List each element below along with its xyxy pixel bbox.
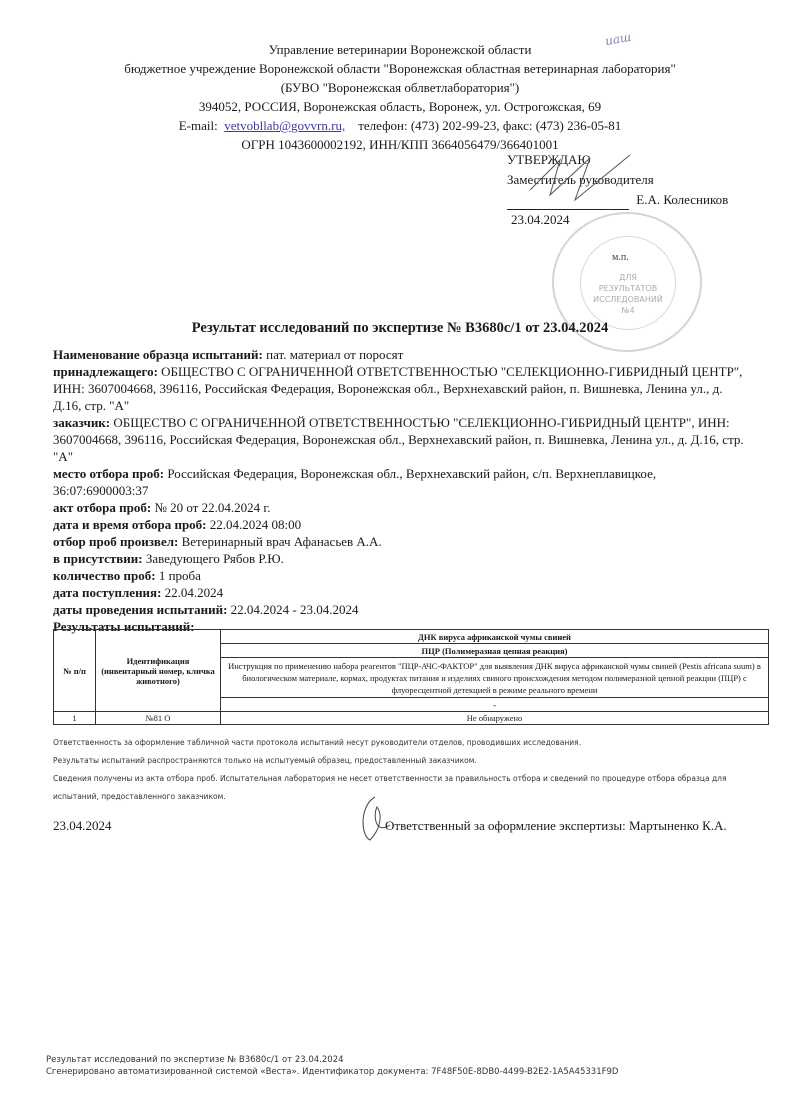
note-item: Ответственность за оформление табличной … [53, 734, 768, 752]
header-method: ПЦР (Полимеразная цепная реакция) [221, 644, 769, 658]
field-label: количество проб: [53, 568, 156, 583]
field-label: в присутствии: [53, 551, 143, 566]
field-label: принадлежащего: [53, 364, 158, 379]
stamp-center-text: ДЛЯ РЕЗУЛЬТАТОВ ИССЛЕДОВАНИЙ №4 [586, 272, 670, 316]
header-indicator: ДНК вируса африканской чумы свиней [221, 630, 769, 644]
approval-signature-row: Е.А. Колесников [507, 190, 728, 210]
stamp-mp: м.п. [612, 252, 629, 263]
letterhead-authority: Управление ветеринарии Воронежской облас… [0, 40, 800, 59]
letterhead-contacts: E-mail: vetvobllab@govvrn.ru, телефон: (… [0, 116, 800, 135]
field-value: 22.04.2024 08:00 [207, 517, 302, 532]
letterhead-address: 394052, РОССИЯ, Воронежская область, Вор… [0, 97, 800, 116]
header-normative: Инструкция по применению набора реагенто… [221, 658, 769, 698]
stamp-text-line: ДЛЯ [586, 272, 670, 283]
field-value: 1 проба [156, 568, 201, 583]
field-label: Наименование образца испытаний: [53, 347, 263, 362]
field-customer: заказчик: ОБЩЕСТВО С ОГРАНИЧЕННОЙ ОТВЕТС… [53, 414, 753, 465]
footer-date: 23.04.2024 [53, 818, 112, 834]
field-owner: принадлежащего: ОБЩЕСТВО С ОГРАНИЧЕННОЙ … [53, 363, 753, 414]
field-sampled-by: отбор проб произвел: Ветеринарный врач А… [53, 533, 753, 550]
footer-generated-by: Сгенерировано автоматизированной системо… [46, 1066, 618, 1078]
responsible-person: Ответственный за оформление экспертизы: … [385, 818, 727, 834]
field-label: даты проведения испытаний: [53, 602, 227, 617]
field-sample-count: количество проб: 1 проба [53, 567, 753, 584]
field-label: отбор проб произвел: [53, 534, 178, 549]
phones: телефон: (473) 202-99-23, факс: (473) 23… [358, 118, 621, 133]
note-item: Сведения получены из акта отбора проб. И… [53, 770, 768, 806]
field-value: 22.04.2024 - 23.04.2024 [227, 602, 358, 617]
letterhead: Управление ветеринарии Воронежской облас… [0, 40, 800, 154]
field-label: место отбора проб: [53, 466, 164, 481]
field-receipt-date: дата поступления: 22.04.2024 [53, 584, 753, 601]
cell-result: Не обнаружено [221, 712, 769, 725]
field-value: Заведующего Рябов Р.Ю. [143, 551, 284, 566]
sample-details: Наименование образца испытаний: пат. мат… [53, 346, 753, 635]
cell-identification: №81 О [96, 712, 221, 725]
letterhead-short-name: (БУВО "Воронежская облветлаборатория") [0, 78, 800, 97]
approval-heading: УТВЕРЖДАЮ [507, 150, 728, 170]
header-num: № п/п [54, 630, 96, 712]
note-item: Результаты испытаний распространяются то… [53, 752, 768, 770]
header-units: - [221, 698, 769, 712]
footer-document-ref: Результат исследований по экспертизе № В… [46, 1054, 618, 1066]
email-link[interactable]: vetvobllab@govvrn.ru, [224, 118, 345, 133]
stamp-text-line: №4 [586, 305, 670, 316]
field-label: заказчик: [53, 415, 110, 430]
field-sampling-act: акт отбора проб: № 20 от 22.04.2024 г. [53, 499, 753, 516]
document-page: иаш Управление ветеринарии Воронежской о… [0, 0, 800, 1119]
cell-num: 1 [54, 712, 96, 725]
field-value: Ветеринарный врач Афанасьев А.А. [178, 534, 381, 549]
signature-line [507, 195, 629, 210]
field-sampling-datetime: дата и время отбора проб: 22.04.2024 08:… [53, 516, 753, 533]
stamp-text-line: ИССЛЕДОВАНИЙ [586, 294, 670, 305]
approver-name: Е.А. Колесников [636, 192, 728, 207]
letterhead-institution: бюджетное учреждение Воронежской области… [0, 59, 800, 78]
field-test-dates: даты проведения испытаний: 22.04.2024 - … [53, 601, 753, 618]
field-sampling-place: место отбора проб: Российская Федерация,… [53, 465, 753, 499]
field-value: пат. материал от поросят [263, 347, 403, 362]
approval-position: Заместитель руководителя [507, 170, 728, 190]
header-identification: Идентификация (инвентарный номер, кличка… [96, 630, 221, 712]
field-label: акт отбора проб: [53, 500, 151, 515]
field-value: ОБЩЕСТВО С ОГРАНИЧЕННОЙ ОТВЕТСТВЕННОСТЬЮ… [53, 415, 744, 464]
table-header-row: № п/п Идентификация (инвентарный номер, … [54, 630, 769, 644]
page-footer: Результат исследований по экспертизе № В… [46, 1054, 618, 1078]
table-row: 1 №81 О Не обнаружено [54, 712, 769, 725]
document-title: Результат исследований по экспертизе № В… [0, 320, 800, 337]
stamp-text-line: РЕЗУЛЬТАТОВ [586, 283, 670, 294]
field-in-presence: в присутствии: Заведующего Рябов Р.Ю. [53, 550, 753, 567]
field-sample-name: Наименование образца испытаний: пат. мат… [53, 346, 753, 363]
results-table: № п/п Идентификация (инвентарный номер, … [53, 629, 769, 725]
email-label: E-mail: [179, 118, 218, 133]
disclaimer-notes: Ответственность за оформление табличной … [53, 734, 768, 806]
field-value: 22.04.2024 [161, 585, 223, 600]
field-label: дата поступления: [53, 585, 161, 600]
field-value: № 20 от 22.04.2024 г. [151, 500, 270, 515]
field-label: дата и время отбора проб: [53, 517, 207, 532]
